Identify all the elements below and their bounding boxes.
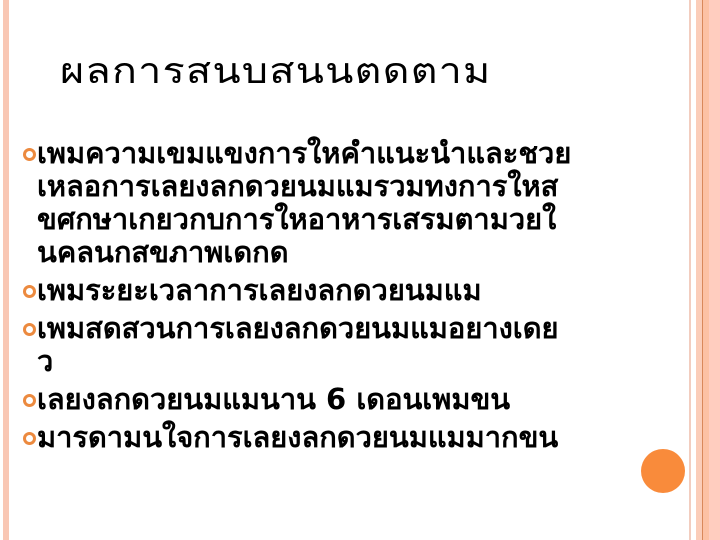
bullet-item: เพมสดสวนการเลยงลกดวยนมแมอยางเดย ว [22,312,682,378]
bullet-text-line: เหลอการเลยงลกดวยนมแมรวมทงการใหส [37,170,682,203]
ring-bullet-icon [23,285,36,298]
ring-bullet-icon [23,148,36,161]
bullet-text-line: ขศกษาเกยวกบการใหอาหารเสรมตามวยใ [37,203,682,236]
orange-circle-icon [641,449,685,493]
bullet-text-line: เลยงลกดวยนมแมนาน 6 เดอนเพมขน [37,383,682,416]
bullet-text-line: เพมสดสวนการเลยงลกดวยนมแมอยางเดย [37,312,682,345]
ring-bullet-icon [23,323,36,336]
bullet-item: เพมความเขมแขงการใหคำแนะนำและชวย เหลอการเ… [22,137,682,269]
bullet-text-line: นคลนกสขภาพเดกด [37,236,682,269]
bullet-text-line: มารดามนใจการเลยงลกดวยนมแมมากขน [37,421,682,454]
bullet-item: มารดามนใจการเลยงลกดวยนมแมมากขน [22,421,682,454]
right-border-frame [688,0,720,540]
bullet-text-line: เพมความเขมแขงการใหคำแนะนำและชวย [37,137,682,170]
ring-bullet-icon [23,394,36,407]
bullet-text-line: ว [37,345,682,378]
slide-title: ผลการสนบสนนตดตาม [60,50,492,94]
bullet-item: เพมระยะเวลาการเลยงลกดวยนมแม [22,274,682,307]
bullet-list: เพมความเขมแขงการใหคำแนะนำและชวย เหลอการเ… [22,137,682,459]
right-frame-band [709,0,720,540]
bullet-item: เลยงลกดวยนมแมนาน 6 เดอนเพมขน [22,383,682,416]
right-frame-thin-line [689,0,691,540]
left-border-stripe [3,0,9,540]
ring-bullet-icon [23,432,36,445]
bullet-text-line: เพมระยะเวลาการเลยงลกดวยนมแม [37,274,682,307]
